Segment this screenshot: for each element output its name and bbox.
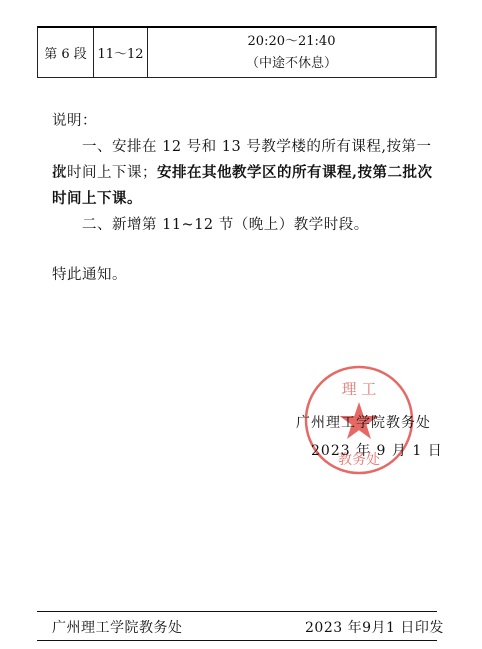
note-item-2: 二、新增第 11~12 节（晚上）教学时段。 xyxy=(52,212,432,238)
svg-text:理 工: 理 工 xyxy=(342,380,377,398)
footer-printed-date: 2023 年9月1 日印发 xyxy=(305,617,444,637)
time-range: 20:20～21:40 xyxy=(248,31,336,53)
signature-date: 2023 年 9 月 1 日 xyxy=(311,440,443,460)
footer-org: 广州理工学院教务处 xyxy=(52,617,183,637)
closing-text: 特此通知。 xyxy=(52,262,432,288)
note-item-1-cont: 次时间上下课；安排在其他教学区的所有课程,按第二批次 xyxy=(52,160,442,186)
sessions-cell: 11～12 xyxy=(94,28,148,77)
time-cell: 20:20～21:40 （中途不休息） xyxy=(148,28,435,77)
time-note: （中途不休息） xyxy=(246,53,337,75)
footer-bottom-rule xyxy=(37,640,437,641)
note-item-1-bold: 安排在其他教学区的所有课程,按第二批次 xyxy=(157,164,433,181)
note-item-1-bold-cont: 时间上下课。 xyxy=(52,186,432,212)
note-item-1-line2: 次时间上下课； xyxy=(52,165,157,181)
period-cell: 第 6 段 xyxy=(38,28,94,77)
schedule-table: 第 6 段 11～12 20:20～21:40 （中途不休息） xyxy=(37,26,437,78)
notes-heading: 说明： xyxy=(52,108,432,134)
signature-org: 广州理工学院教务处 xyxy=(296,412,431,432)
footer-top-rule xyxy=(37,611,437,612)
